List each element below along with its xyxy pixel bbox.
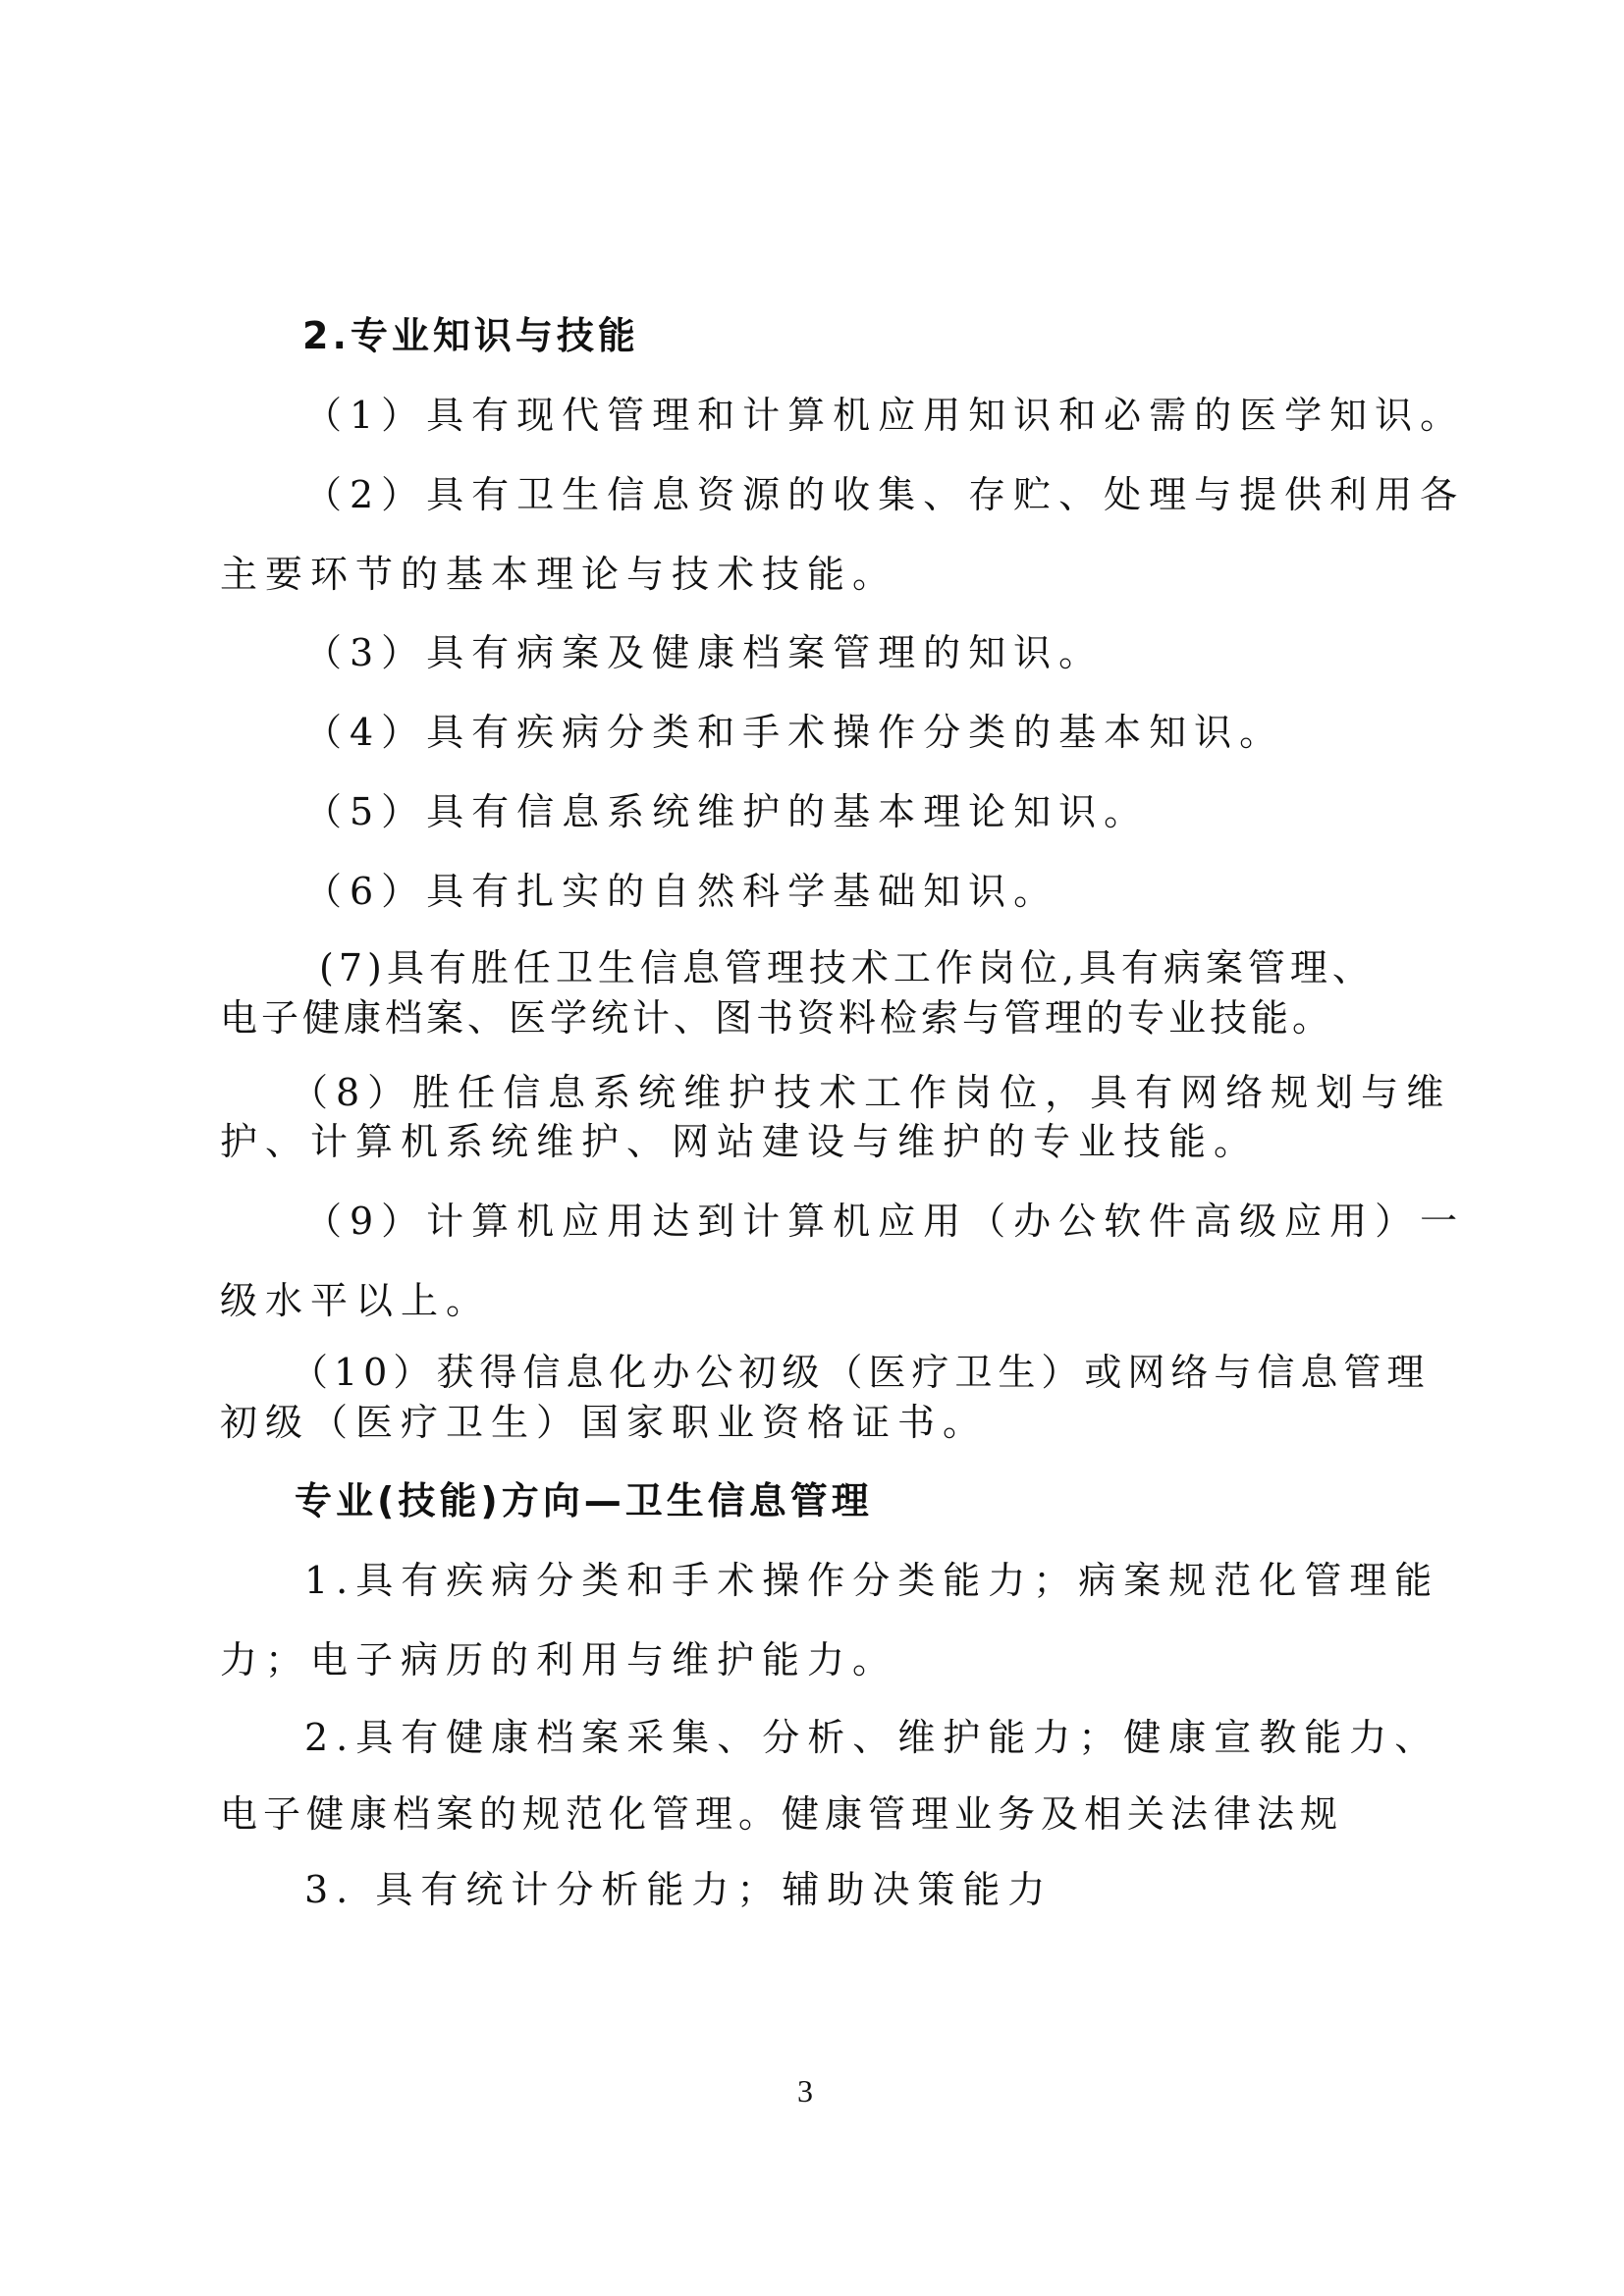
item-10-line-1: （10）获得信息化办公初级（医疗卫生）或网络与信息管理 xyxy=(291,1349,1430,1396)
item-8-line-1: （8）胜任信息系统维护技术工作岗位，具有网络规划与维 xyxy=(291,1069,1451,1116)
direction-item-1-line-1: 1.具有疾病分类和手术操作分类能力；病案规范化管理能 xyxy=(304,1557,1439,1604)
item-3-line-1: （3）具有病案及健康档案管理的知识。 xyxy=(304,629,1104,676)
item-2-line-2: 主要环节的基本理论与技术技能。 xyxy=(220,551,897,598)
direction-item-2-line-1: 2.具有健康档案采集、分析、维护能力；健康宣教能力、 xyxy=(304,1714,1439,1761)
item-7-line-1: (7)具有胜任卫生信息管理技术工作岗位,具有病案管理、 xyxy=(319,944,1375,991)
item-5-line-1: （5）具有信息系统维护的基本理论知识。 xyxy=(304,788,1149,835)
item-4-line-1: （4）具有疾病分类和手术操作分类的基本知识。 xyxy=(304,709,1284,756)
item-7-line-2: 电子健康档案、医学统计、图书资料检索与管理的专业技能。 xyxy=(220,994,1333,1041)
item-9-line-2: 级水平以上。 xyxy=(220,1277,491,1324)
direction-item-2-line-2: 电子健康档案的规范化管理。健康管理业务及相关法律法规 xyxy=(220,1790,1343,1838)
item-2-line-1: （2）具有卫生信息资源的收集、存贮、处理与提供利用各 xyxy=(304,471,1465,518)
direction-heading: 专业(技能)方向—卫生信息管理 xyxy=(295,1477,873,1524)
item-10-line-2: 初级（医疗卫生）国家职业资格证书。 xyxy=(220,1399,988,1446)
direction-item-1-line-2: 力；电子病历的利用与维护能力。 xyxy=(220,1636,897,1683)
direction-item-3-line-1: 3. 具有统计分析能力；辅助决策能力 xyxy=(304,1866,1053,1913)
item-9-line-1: （9）计算机应用达到计算机应用（办公软件高级应用）一 xyxy=(304,1198,1465,1245)
page-number: 3 xyxy=(797,2073,813,2109)
item-1-line-1: （1）具有现代管理和计算机应用知识和必需的医学知识。 xyxy=(304,392,1465,439)
item-8-line-2: 护、计算机系统维护、网站建设与维护的专业技能。 xyxy=(220,1118,1259,1165)
section-heading: 2.专业知识与技能 xyxy=(302,312,639,359)
item-6-line-1: （6）具有扎实的自然科学基础知识。 xyxy=(304,868,1058,915)
